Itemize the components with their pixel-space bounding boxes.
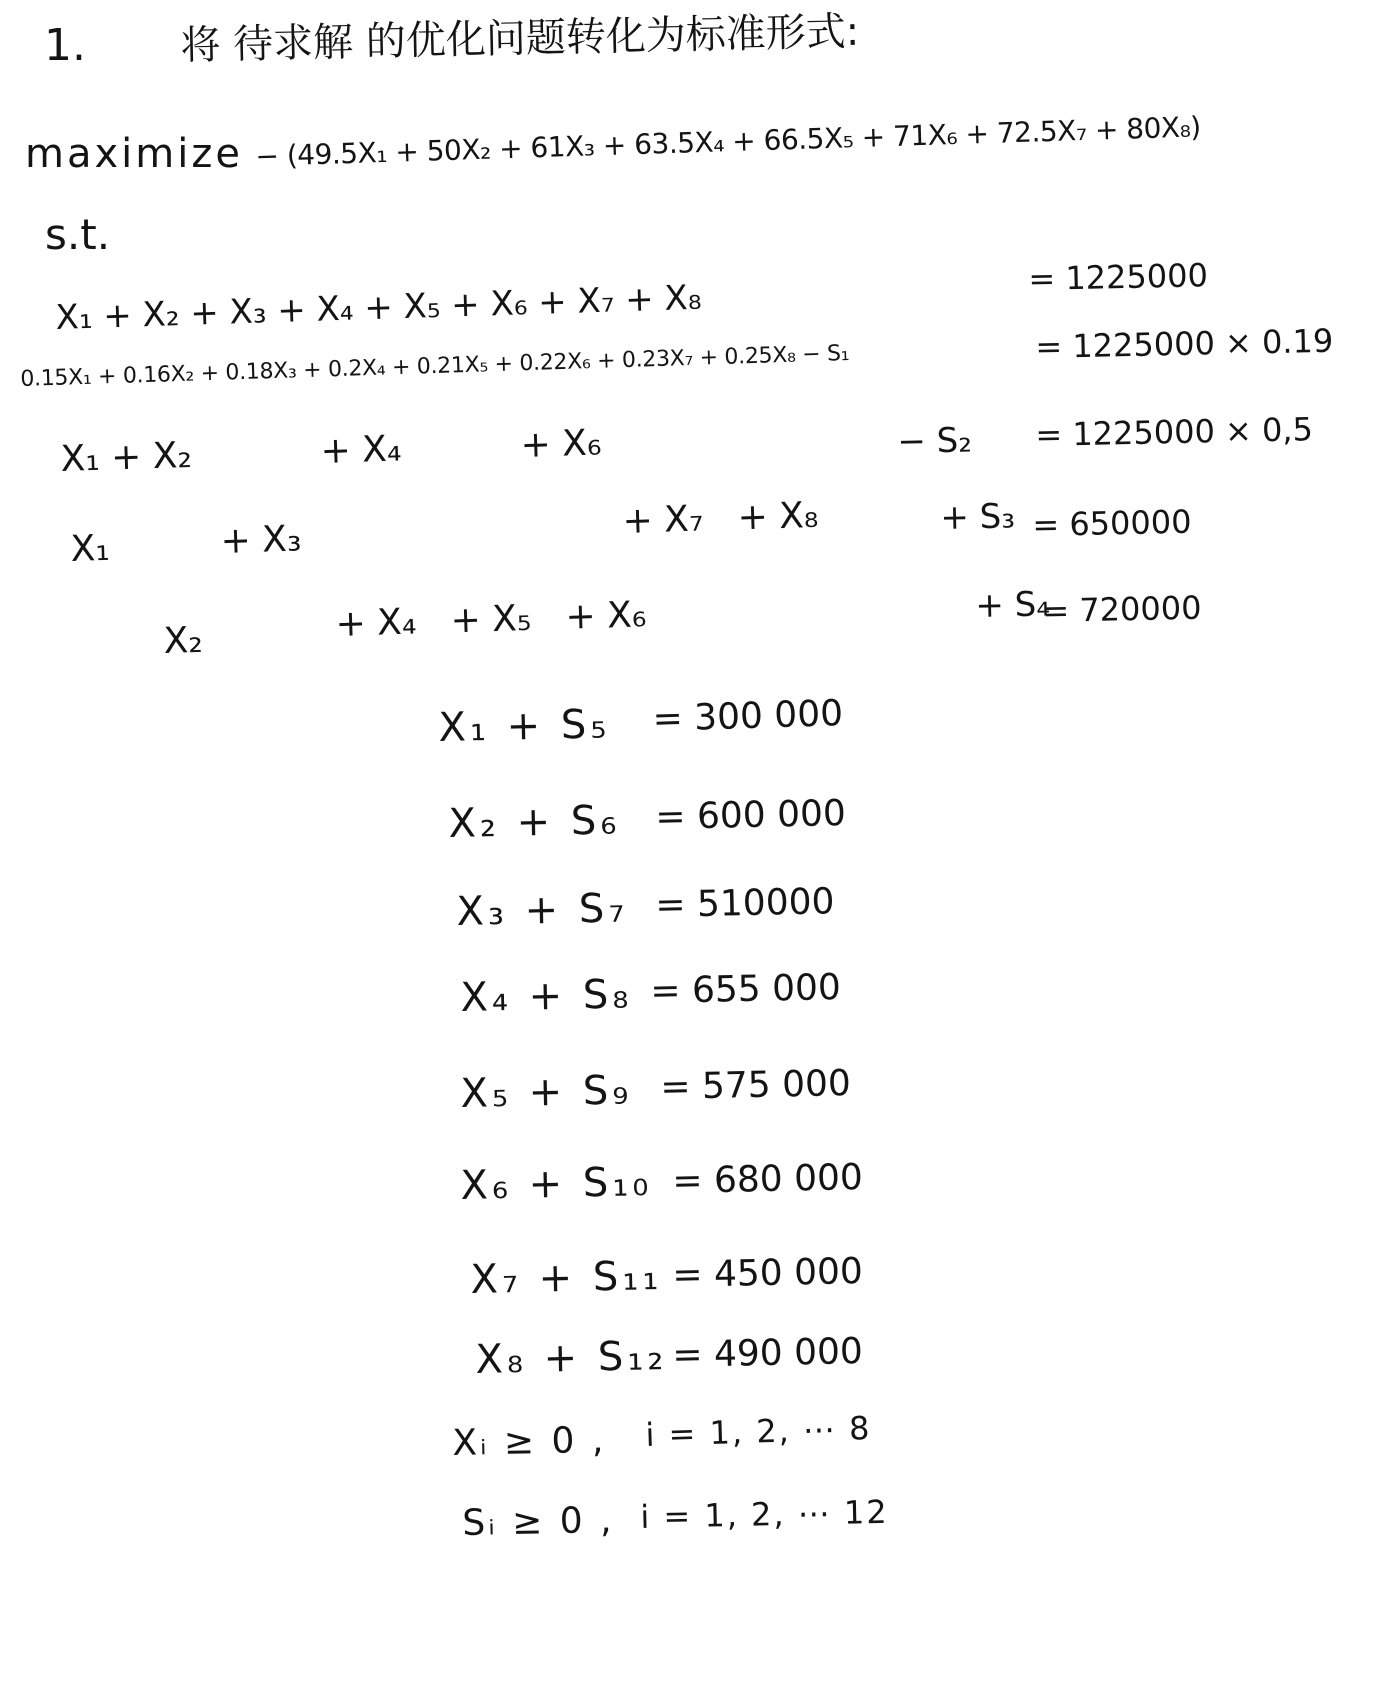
constraint-5-slack: + S₄ xyxy=(975,586,1050,625)
bound-row-7-lhs: X₇ + S₁₁ xyxy=(470,1254,663,1302)
constraint-4-rhs: = 650000 xyxy=(1032,505,1192,544)
bound-row-6-rhs: = 680 000 xyxy=(672,1158,863,1202)
constraint-4-lhs-a: X₁ xyxy=(70,529,110,570)
constraint-3-lhs-c: + X₆ xyxy=(520,423,602,465)
objective-keyword: maximize xyxy=(25,132,243,176)
problem-number: 1. xyxy=(44,22,86,70)
handwritten-page: 1. 将 待求解 的优化问题转化为标准形式: maximize − (49.5X… xyxy=(0,0,1400,1694)
bound-row-1-rhs: = 300 000 xyxy=(652,694,844,740)
constraint-4-lhs-c: + X₇ + X₈ xyxy=(622,496,819,542)
bound-row-6-lhs: X₆ + S₁₀ xyxy=(460,1160,653,1208)
constraint-3-rhs: = 1225000 × 0,5 xyxy=(1035,412,1313,453)
constraint-4-lhs-b: + X₃ xyxy=(220,519,302,561)
constraint-1-rhs: = 1225000 xyxy=(1028,258,1208,297)
bound-row-3-rhs: = 510000 xyxy=(655,882,835,925)
constraint-5-lhs-b: + X₄ + X₅ + X₆ xyxy=(335,595,647,644)
nonneg-s-condition: Sᵢ ≥ 0 , xyxy=(462,1501,615,1544)
constraint-3-lhs-a: X₁ + X₂ xyxy=(60,436,192,480)
constraint-1-lhs: X₁ + X₂ + X₃ + X₄ + X₅ + X₆ + X₇ + X₈ xyxy=(55,280,702,338)
objective-expression: − (49.5X₁ + 50X₂ + 61X₃ + 63.5X₄ + 66.5X… xyxy=(255,112,1201,172)
nonneg-s-range: i = 1, 2, ⋯ 12 xyxy=(640,1495,889,1535)
nonneg-x-condition: Xᵢ ≥ 0 , xyxy=(452,1421,607,1464)
bound-row-4-lhs: X₄ + S₈ xyxy=(460,972,633,1020)
constraint-4-slack: + S₃ xyxy=(940,498,1015,537)
bound-row-8-rhs: = 490 000 xyxy=(672,1332,863,1376)
subject-to-label: s.t. xyxy=(45,212,110,258)
bound-row-8-lhs: X₈ + S₁₂ xyxy=(475,1334,668,1382)
constraint-2-lhs: 0.15X₁ + 0.16X₂ + 0.18X₃ + 0.2X₄ + 0.21X… xyxy=(20,342,850,392)
bound-row-5-lhs: X₅ + S₉ xyxy=(460,1068,633,1116)
constraint-5-lhs-a: X₂ xyxy=(163,621,203,662)
bound-row-3-lhs: X₃ + S₇ xyxy=(456,886,629,934)
bound-row-2-lhs: X₂ + S₆ xyxy=(448,798,621,846)
constraint-2-rhs: = 1225000 × 0.19 xyxy=(1035,324,1334,365)
bound-row-5-rhs: = 575 000 xyxy=(660,1064,851,1108)
constraint-5-rhs: = 720000 xyxy=(1042,591,1202,630)
bound-row-2-rhs: = 600 000 xyxy=(655,794,846,838)
constraint-3-slack: − S₂ xyxy=(897,422,972,461)
bound-row-4-rhs: = 655 000 xyxy=(650,968,841,1012)
constraint-3-lhs-b: + X₄ xyxy=(320,429,402,471)
nonneg-x-range: i = 1, 2, ⋯ 8 xyxy=(645,1411,872,1453)
page-title: 将 待求解 的优化问题转化为标准形式: xyxy=(180,10,860,68)
bound-row-1-lhs: X₁ + S₅ xyxy=(438,702,611,750)
bound-row-7-rhs: = 450 000 xyxy=(672,1252,863,1296)
